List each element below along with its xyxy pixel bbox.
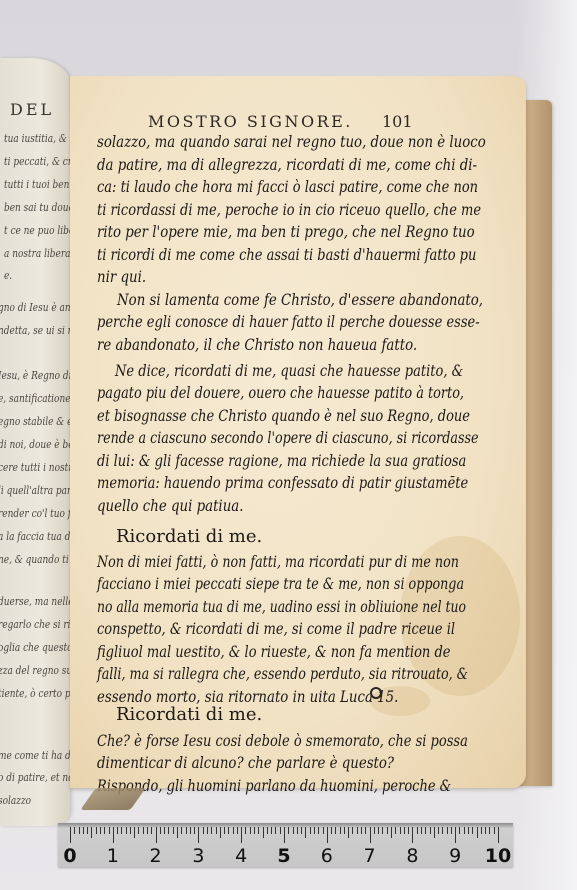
ruler-label: 0 <box>63 845 76 867</box>
text-line: rito per l'opere mie, ma ben ti prego, c… <box>97 223 475 241</box>
ruler-tick <box>477 827 478 838</box>
left-text-line: e. <box>4 268 12 282</box>
left-text-line: regarlo che si ricord <box>0 617 70 631</box>
left-text-line: zza del regno suo cre <box>0 663 70 677</box>
ruler-tick <box>340 827 341 834</box>
ruler-tick <box>352 827 353 834</box>
ruler-tick <box>331 827 332 834</box>
ruler-tick <box>258 827 259 834</box>
ruler-tick <box>310 827 311 834</box>
text-line: Non si lamenta come fe Christo, d'essere… <box>117 291 483 309</box>
ruler-tick <box>438 827 439 834</box>
signature-mark <box>370 687 382 699</box>
ruler-tick <box>168 827 169 834</box>
text-line: dimenticar di alcuno? che parlare è ques… <box>97 754 394 772</box>
subheading-ricordati-2: Ricordati di me. <box>116 704 262 725</box>
ruler-tick <box>181 827 182 834</box>
ruler-tick <box>87 827 88 834</box>
left-text-line: egno stabile & eterno <box>0 414 70 428</box>
left-text-line: di noi, doue è bengo <box>0 437 70 451</box>
ruler-tick <box>297 827 298 834</box>
text-line: nir qui. <box>97 268 146 286</box>
ruler-tick <box>228 827 229 834</box>
ruler-tick <box>395 827 396 834</box>
left-text-line: tutti i tuoi beni, rece <box>4 177 70 191</box>
ruler-tick <box>233 827 234 834</box>
ruler-tick <box>412 827 413 843</box>
ruler-ticks <box>58 827 513 847</box>
left-text-line: ti peccati, & crude <box>4 154 70 168</box>
ruler-label: 10 <box>485 845 511 867</box>
text-line: ti ricordi di me come che assai ti basti… <box>97 246 476 264</box>
right-page: MOSTRO SIGNORE. 101 solazzo, ma quando s… <box>70 76 526 788</box>
left-text-line: tua iustitia, & per <box>4 131 70 145</box>
ruler-tick <box>216 827 217 834</box>
ruler-tick <box>421 827 422 834</box>
text-line: da patire, ma di allegrezza, ricordati d… <box>97 156 477 174</box>
ruler-tick <box>494 827 495 834</box>
ruler-tick <box>211 827 212 834</box>
ruler-label: 8 <box>406 845 418 867</box>
ruler-tick <box>327 827 328 843</box>
ruler-tick <box>344 827 345 834</box>
text-line: pagato piu del douere, ouero che hauesse… <box>97 384 464 402</box>
ruler-tick <box>451 827 452 834</box>
left-text-line: a la faccia tua da po <box>0 529 70 543</box>
ruler-tick <box>361 827 362 834</box>
ruler-tick <box>275 827 276 834</box>
text-line: quello che qui patiua. <box>97 497 243 515</box>
ruler-tick <box>263 827 264 838</box>
ruler-tick <box>301 827 302 834</box>
ruler-tick <box>74 827 75 834</box>
ruler-tick <box>104 827 105 834</box>
ruler-tick <box>267 827 268 834</box>
ruler-tick <box>370 827 371 843</box>
ruler-label: 4 <box>235 845 247 867</box>
ruler-tick <box>126 827 127 834</box>
ruler-tick <box>498 827 499 843</box>
left-page: DEL tua iustitia, & perti peccati, & cru… <box>0 58 70 826</box>
text-line: ca: ti laudo che hora mi facci ò lasci p… <box>97 178 478 196</box>
text-line: ti ricordassi di me, peroche io in cio r… <box>97 201 481 219</box>
bookmark-ribbon <box>80 788 145 810</box>
text-line: figliuol mal uestito, & lo riueste, & no… <box>97 643 450 661</box>
ruler-tick <box>113 827 114 843</box>
ruler-tick <box>271 827 272 834</box>
ruler-tick <box>430 827 431 834</box>
left-text-line: ne, & quando ti adi <box>0 552 70 566</box>
left-text-line: ben sai tu doue ci son <box>4 200 70 214</box>
left-text-line: solazzo <box>0 793 31 807</box>
ruler-tick <box>79 827 80 834</box>
ruler-tick <box>314 827 315 834</box>
ruler-tick <box>455 827 456 843</box>
ruler-tick <box>459 827 460 834</box>
ruler-tick <box>481 827 482 834</box>
ruler-tick <box>404 827 405 834</box>
ruler-tick <box>143 827 144 834</box>
ruler-tick <box>288 827 289 834</box>
left-text-line: oglia che questo flam <box>0 640 70 654</box>
ruler-tick <box>198 827 199 843</box>
text-line: Ne dice, ricordati di me, quasi che haue… <box>115 362 463 380</box>
ruler-tick <box>489 827 490 834</box>
ruler-tick <box>134 827 135 838</box>
ruler-tick <box>109 827 110 834</box>
ruler-tick <box>374 827 375 834</box>
ruler-tick <box>207 827 208 834</box>
ruler-tick <box>434 827 435 838</box>
scale-ruler: 012345678910 <box>58 823 513 867</box>
ruler-tick <box>305 827 306 838</box>
text-line: Rispondo, gli huomini parlano da huomini… <box>97 777 451 795</box>
ruler-label: 5 <box>277 845 290 867</box>
ruler-tick <box>408 827 409 834</box>
ruler-tick <box>382 827 383 834</box>
ruler-tick <box>425 827 426 834</box>
ruler-tick <box>194 827 195 834</box>
ruler-tick <box>203 827 204 834</box>
ruler-tick <box>447 827 448 834</box>
text-line: memoria: hauendo prima confessato di pat… <box>97 474 468 492</box>
ruler-tick <box>335 827 336 834</box>
ruler-tick <box>442 827 443 834</box>
ruler-tick <box>164 827 165 834</box>
ruler-tick <box>186 827 187 834</box>
ruler-tick <box>387 827 388 834</box>
ruler-tick <box>117 827 118 834</box>
ruler-label: 2 <box>150 845 162 867</box>
ruler-tick <box>241 827 242 843</box>
ruler-tick <box>160 827 161 834</box>
ruler-label: 7 <box>364 845 376 867</box>
ruler-tick <box>250 827 251 834</box>
subheading-ricordati-1: Ricordati di me. <box>116 526 262 547</box>
text-line: et bisognasse che Christo quando è nel s… <box>97 407 470 425</box>
ruler-tick <box>293 827 294 834</box>
ruler-tick <box>156 827 157 843</box>
page-number: 101 <box>382 112 413 131</box>
ruler-tick <box>121 827 122 834</box>
left-running-head: DEL <box>10 100 54 119</box>
ruler-tick <box>245 827 246 834</box>
left-text-line: duerse, ma nelle mol <box>0 594 70 608</box>
left-text-line: li quell'altra parte <box>0 483 70 497</box>
ruler-tick <box>83 827 84 834</box>
text-line: rende a ciascuno secondo l'opere di cias… <box>97 429 479 447</box>
left-text-line: render co'l tuo fauo <box>0 506 70 520</box>
ruler-tick <box>147 827 148 834</box>
ruler-tick <box>138 827 139 834</box>
text-line: di lui: & gli facesse ragione, ma richie… <box>97 452 466 470</box>
text-line: re abandonato, il che Christo non haueua… <box>97 336 417 354</box>
left-text-line: o di patire, et non di <box>0 770 70 784</box>
ruler-tick <box>417 827 418 834</box>
ruler-tick <box>280 827 281 834</box>
text-line: no alla memoria tua di me, uadino essi i… <box>97 598 466 616</box>
ruler-tick <box>224 827 225 834</box>
ruler-tick <box>400 827 401 834</box>
ruler-label: 9 <box>449 845 461 867</box>
ruler-tick <box>91 827 92 838</box>
ruler-tick <box>391 827 392 838</box>
ruler-tick <box>100 827 101 834</box>
ruler-tick <box>468 827 469 834</box>
ruler-tick <box>220 827 221 838</box>
ruler-label: 3 <box>192 845 204 867</box>
ruler-tick <box>357 827 358 834</box>
text-line: solazzo, ma quando sarai nel regno tuo, … <box>97 133 486 151</box>
ruler-tick <box>472 827 473 834</box>
text-line: perche egli conosce di hauer fatto il pe… <box>97 313 480 331</box>
text-line: Non di miei fatti, ò non fatti, ma ricor… <box>97 553 459 571</box>
ruler-tick <box>130 827 131 834</box>
left-text-line: Iesu, è Regno di uita <box>0 368 70 382</box>
left-text-line: ndetta, se ui si ricord <box>0 323 70 337</box>
ruler-tick <box>173 827 174 834</box>
ruler-tick <box>485 827 486 834</box>
ruler-tick <box>365 827 366 834</box>
ruler-tick <box>254 827 255 834</box>
left-text-line: gno di Iesu è ancho <box>0 300 70 314</box>
ruler-label: 6 <box>321 845 333 867</box>
left-text-line: tiente, ò certo pazien <box>0 686 70 700</box>
ruler-label: 1 <box>107 845 119 867</box>
ruler-tick <box>323 827 324 834</box>
ruler-tick <box>70 827 71 843</box>
left-text-line: cere tutti i nostri mali <box>0 460 70 474</box>
ruler-tick <box>348 827 349 838</box>
left-text-line: me come ti ha dato <box>0 748 70 762</box>
ruler-tick <box>96 827 97 834</box>
text-line: conspetto, & ricordati di me, si come il… <box>97 620 455 638</box>
text-line: facciano i miei peccati siepe tra te & m… <box>97 575 464 593</box>
left-text-line: e, santificatione giusti <box>0 391 70 405</box>
ruler-tick <box>318 827 319 834</box>
ruler-tick <box>464 827 465 834</box>
left-text-line: a nostra liberatione <box>4 246 70 260</box>
ruler-tick <box>237 827 238 834</box>
ruler-tick <box>190 827 191 834</box>
left-text-line: t ce ne puo liberar <box>4 223 70 237</box>
ruler-tick <box>177 827 178 838</box>
ruler-tick <box>378 827 379 834</box>
text-line: falli, ma si rallegra che, essendo perdu… <box>97 665 468 683</box>
ruler-tick <box>151 827 152 834</box>
running-head: MOSTRO SIGNORE. <box>148 112 408 131</box>
text-line: Che? è forse Iesu cosi debole ò smemorat… <box>97 732 468 750</box>
ruler-tick <box>284 827 285 843</box>
